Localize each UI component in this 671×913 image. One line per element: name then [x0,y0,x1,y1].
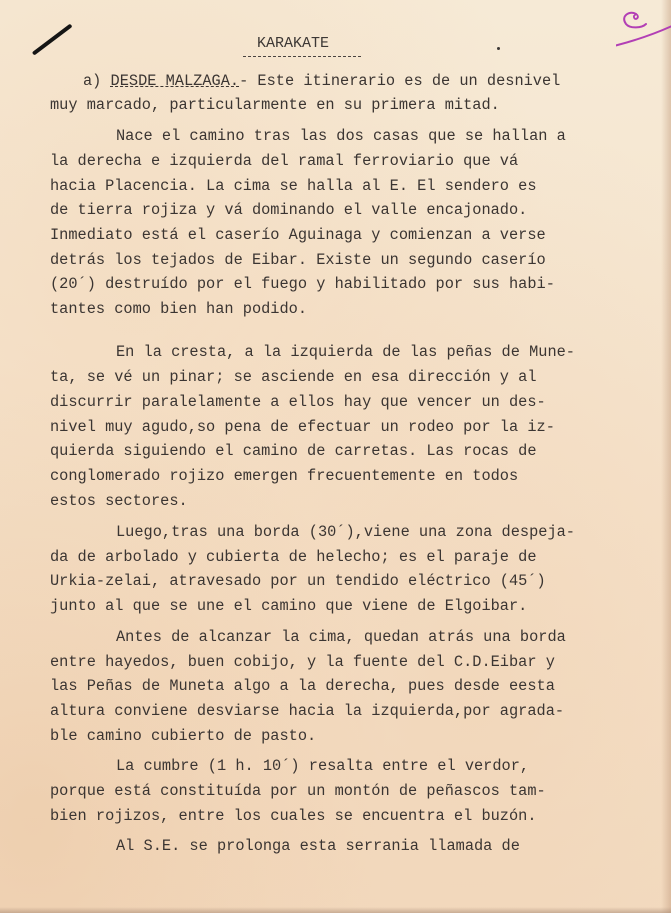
text-line: Luego,tras una borda (30´),viene una zon… [116,522,575,542]
text-line: a) DESDE MALZAGA.- Este itinerario es de… [83,71,560,91]
text-line: bien rojizos, entre los cuales se encuen… [50,806,537,826]
text-line: ta, se vé un pinar; se asciende en esa d… [50,367,537,387]
text-line: nivel muy agudo,so pena de efectuar un r… [50,417,555,437]
text-line: conglomerado rojizo emergen frecuentemen… [50,466,518,486]
text-line: (20´) destruído por el fuego y habilitad… [50,274,555,294]
text-line: ble camino cubierto de pasto. [50,726,316,746]
text-line: detrás los tejados de Eibar. Existe un s… [50,250,546,270]
text-line: de tierra rojiza y vá dominando el valle… [50,200,527,220]
section-label: a) [83,72,111,90]
text-line: hacia Placencia. La cima se halla al E. … [50,176,537,196]
text-line: entre hayedos, buen cobijo, y la fuente … [50,652,555,672]
text-line: Antes de alcanzar la cima, quedan atrás … [116,627,566,647]
text-line: porque está constituída por un montón de… [50,781,546,801]
text-line: altura conviene desviarse hacia la izqui… [50,701,564,721]
text-line: da de arbolado y cubierta de helecho; es… [50,547,537,567]
text-line: estos sectores. [50,491,188,511]
page-edge-shadow [661,0,671,913]
text-line: muy marcado, particularmente en su prime… [50,95,500,115]
text-line: Al S.E. se prolonga esta serrania llamad… [116,836,520,856]
text-line: junto al que se une el camino que viene … [50,596,527,616]
title-underline [243,56,361,57]
section-heading: DESDE MALZAGA. [111,72,240,90]
text-line: quierda siguiendo el camino de carretas.… [50,441,537,461]
document-title: KARAKATE [257,35,329,52]
text-line: discurrir paralelamente a ellos hay que … [50,392,546,412]
text-line: la derecha e izquierda del ramal ferrovi… [50,151,518,171]
text-line: tantes como bien han podido. [50,299,307,319]
section-text: - Este itinerario es de un desnivel [239,72,560,90]
stray-ink-dot [497,47,500,50]
page-bottom-shadow [0,907,671,913]
pen-slash-mark [32,24,73,56]
text-line: Nace el camino tras las dos casas que se… [116,126,566,146]
text-line: En la cresta, a la izquierda de las peña… [116,342,575,362]
text-line: Urkia-zelai, atravesado por un tendido e… [50,571,546,591]
text-line: Inmediato está el caserío Aguinaga y com… [50,225,546,245]
text-line: La cumbre (1 h. 10´) resalta entre el ve… [116,756,529,776]
annotation-mark-icon [616,2,671,47]
text-line: las Peñas de Muneta algo a la derecha, p… [50,676,555,696]
